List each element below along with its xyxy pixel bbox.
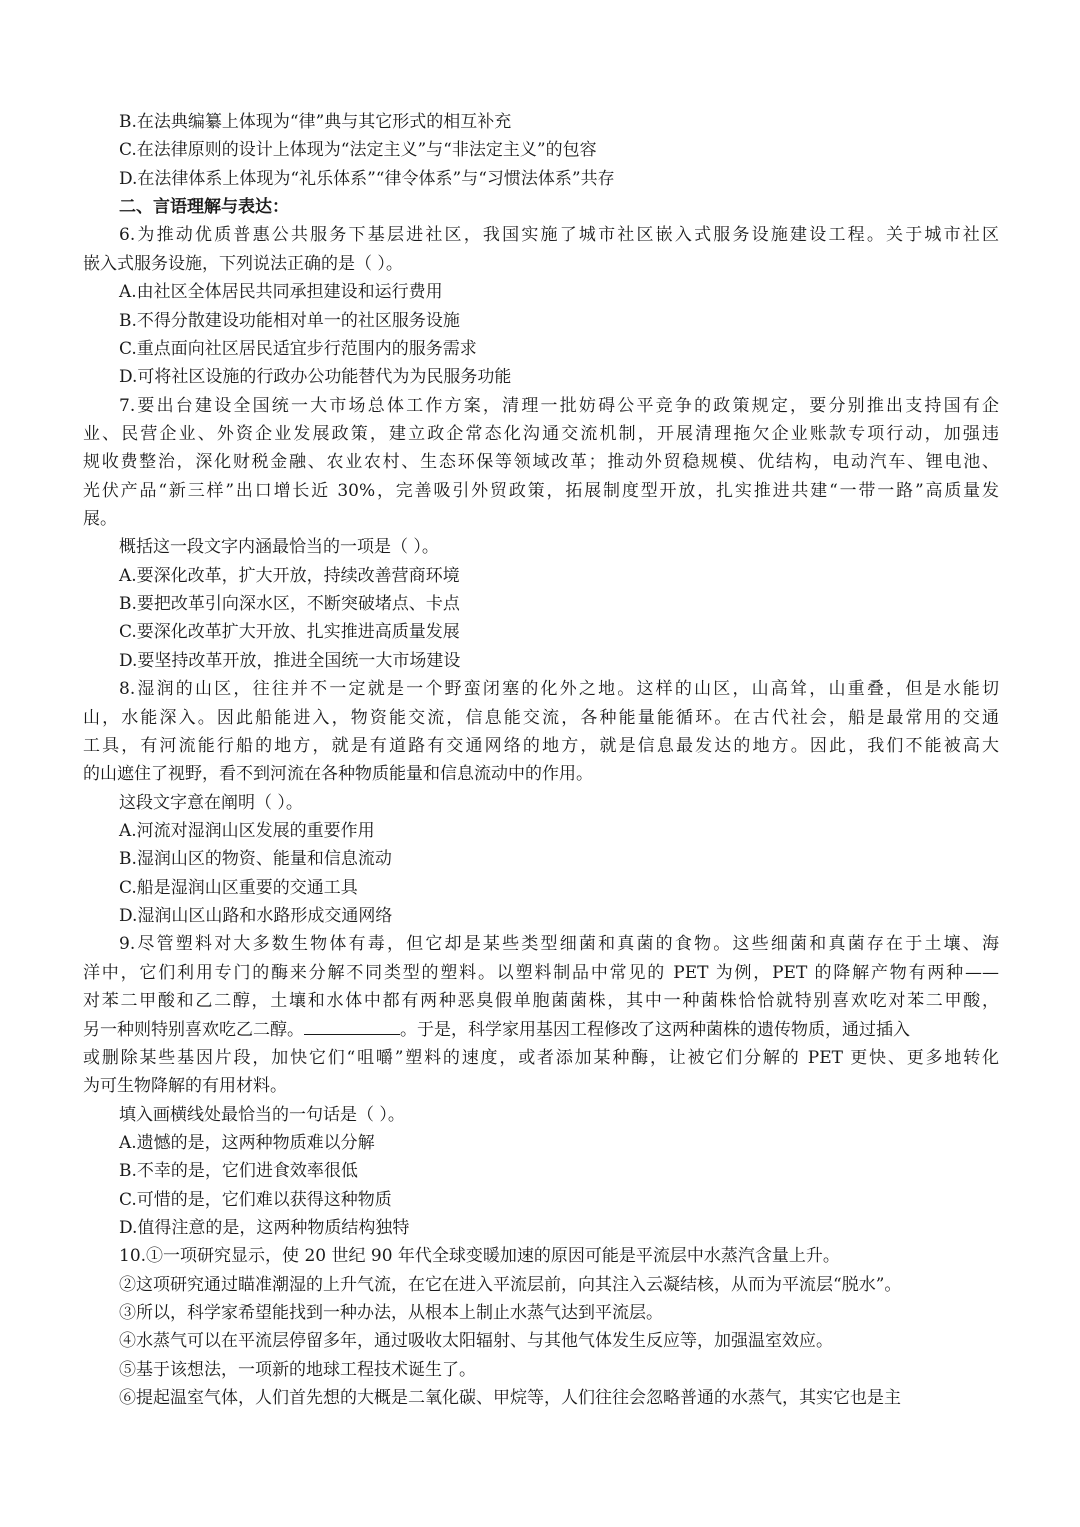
q7-passage-line-2: 业、民营企业、外资企业发展政策，建立政企常态化沟通交流机制，开展清理拖欠企业账款… (83, 420, 999, 448)
q9-text-before-blank: 另一种则特别喜欢吃乙二醇。 (83, 1020, 304, 1040)
q8-passage-line-4: 的山遮住了视野，看不到河流在各种物质能量和信息流动中的作用。 (83, 760, 999, 788)
q9-passage-line-5: 或删除某些基因片段，加快它们“咀嚼”塑料的速度，或者添加某种酶，让被它们分解的 … (83, 1044, 999, 1072)
q8-option-d: D.湿润山区山路和水路形成交通网络 (83, 902, 999, 930)
q9-passage-line-4: 另一种则特别喜欢吃乙二醇。。于是，科学家用基因工程修改了这两种菌株的遗传物质，通… (83, 1016, 999, 1044)
q10-sentence-3: ③所以，科学家希望能找到一种办法，从根本上制止水蒸气达到平流层。 (83, 1299, 999, 1327)
q9-text-after-blank: 。于是，科学家用基因工程修改了这两种菌株的遗传物质，通过插入 (400, 1020, 910, 1040)
q6-option-a: A.由社区全体居民共同承担建设和运行费用 (83, 278, 999, 306)
q8-option-c: C.船是湿润山区重要的交通工具 (83, 874, 999, 902)
q10-sentence-1: 10.①一项研究显示，使 20 世纪 90 年代全球变暖加速的原因可能是平流层中… (83, 1242, 999, 1270)
q8-passage-line-3: 工具，有河流能行船的地方，就是有道路有交通网络的地方，就是信息最发达的地方。因此… (83, 732, 999, 760)
section-heading: 二、言语理解与表达： (83, 193, 999, 221)
exam-page: B.在法典编纂上体现为“律”典与其它形式的相互补充 C.在法律原则的设计上体现为… (83, 108, 999, 1413)
q9-option-d: D.值得注意的是，这两种物质结构独特 (83, 1214, 999, 1242)
q7-question: 概括这一段文字内涵最恰当的一项是（ ）。 (83, 533, 999, 561)
q10-sentence-4: ④水蒸气可以在平流层停留多年，通过吸收太阳辐射、与其他气体发生反应等，加强温室效… (83, 1327, 999, 1355)
q6-option-c: C.重点面向社区居民适宜步行范围内的服务需求 (83, 335, 999, 363)
q8-passage-line-2: 山，水能深入。因此船能进入，物资能交流，信息能交流，各种能量能循环。在古代社会，… (83, 704, 999, 732)
q5-option-c: C.在法律原则的设计上体现为“法定主义”与“非法定主义”的包容 (83, 136, 999, 164)
q6-option-d: D.可将社区设施的行政办公功能替代为为民服务功能 (83, 363, 999, 391)
q9-question: 填入画横线处最恰当的一句话是（ ）。 (83, 1101, 999, 1129)
q8-option-b: B.湿润山区的物资、能量和信息流动 (83, 845, 999, 873)
q9-passage-line-6: 为可生物降解的有用材料。 (83, 1072, 999, 1100)
q9-passage-line-1: 9.尽管塑料对大多数生物体有毒，但它却是某些类型细菌和真菌的食物。这些细菌和真菌… (83, 930, 999, 958)
q8-passage-line-1: 8.湿润的山区，往往并不一定就是一个野蛮闭塞的化外之地。这样的山区，山高耸，山重… (83, 675, 999, 703)
q7-option-b: B.要把改革引向深水区，不断突破堵点、卡点 (83, 590, 999, 618)
q5-option-b: B.在法典编纂上体现为“律”典与其它形式的相互补充 (83, 108, 999, 136)
q6-stem-line-2: 嵌入式服务设施，下列说法正确的是（ ）。 (83, 250, 999, 278)
q7-option-c: C.要深化改革扩大开放、扎实推进高质量发展 (83, 618, 999, 646)
q7-option-a: A.要深化改革，扩大开放，持续改善营商环境 (83, 562, 999, 590)
q9-option-b: B.不幸的是，它们进食效率很低 (83, 1157, 999, 1185)
fill-in-blank (304, 1016, 400, 1035)
q9-passage-line-3: 对苯二甲酸和乙二醇，土壤和水体中都有两种恶臭假单胞菌菌株，其中一种菌株恰恰就特别… (83, 987, 999, 1015)
q10-sentence-2: ②这项研究通过瞄准潮湿的上升气流，在它在进入平流层前，向其注入云凝结核，从而为平… (83, 1271, 999, 1299)
q9-option-a: A.遗憾的是，这两种物质难以分解 (83, 1129, 999, 1157)
q10-sentence-5: ⑤基于该想法，一项新的地球工程技术诞生了。 (83, 1356, 999, 1384)
q7-option-d: D.要坚持改革开放，推进全国统一大市场建设 (83, 647, 999, 675)
q7-passage-line-3: 规收费整治，深化财税金融、农业农村、生态环保等领域改革；推动外贸稳规模、优结构，… (83, 448, 999, 476)
q7-passage-line-5: 展。 (83, 505, 999, 533)
q9-option-c: C.可惜的是，它们难以获得这种物质 (83, 1186, 999, 1214)
q9-passage-line-2: 洋中，它们利用专门的酶来分解不同类型的塑料。以塑料制品中常见的 PET 为例，P… (83, 959, 999, 987)
q5-option-d: D.在法律体系上体现为“礼乐体系”“律令体系”与“习惯法体系”共存 (83, 165, 999, 193)
q8-question: 这段文字意在阐明（ ）。 (83, 789, 999, 817)
q6-option-b: B.不得分散建设功能相对单一的社区服务设施 (83, 307, 999, 335)
q6-stem-line-1: 6.为推动优质普惠公共服务下基层进社区，我国实施了城市社区嵌入式服务设施建设工程… (83, 221, 999, 249)
q7-passage-line-4: 光伏产品“新三样”出口增长近 30%，完善吸引外贸政策，拓展制度型开放，扎实推进… (83, 477, 999, 505)
q10-sentence-6: ⑥提起温室气体，人们首先想的大概是二氧化碳、甲烷等，人们往往会忽略普通的水蒸气，… (83, 1384, 999, 1412)
q8-option-a: A.河流对湿润山区发展的重要作用 (83, 817, 999, 845)
q7-passage-line-1: 7.要出台建设全国统一大市场总体工作方案，清理一批妨碍公平竞争的政策规定，要分别… (83, 392, 999, 420)
